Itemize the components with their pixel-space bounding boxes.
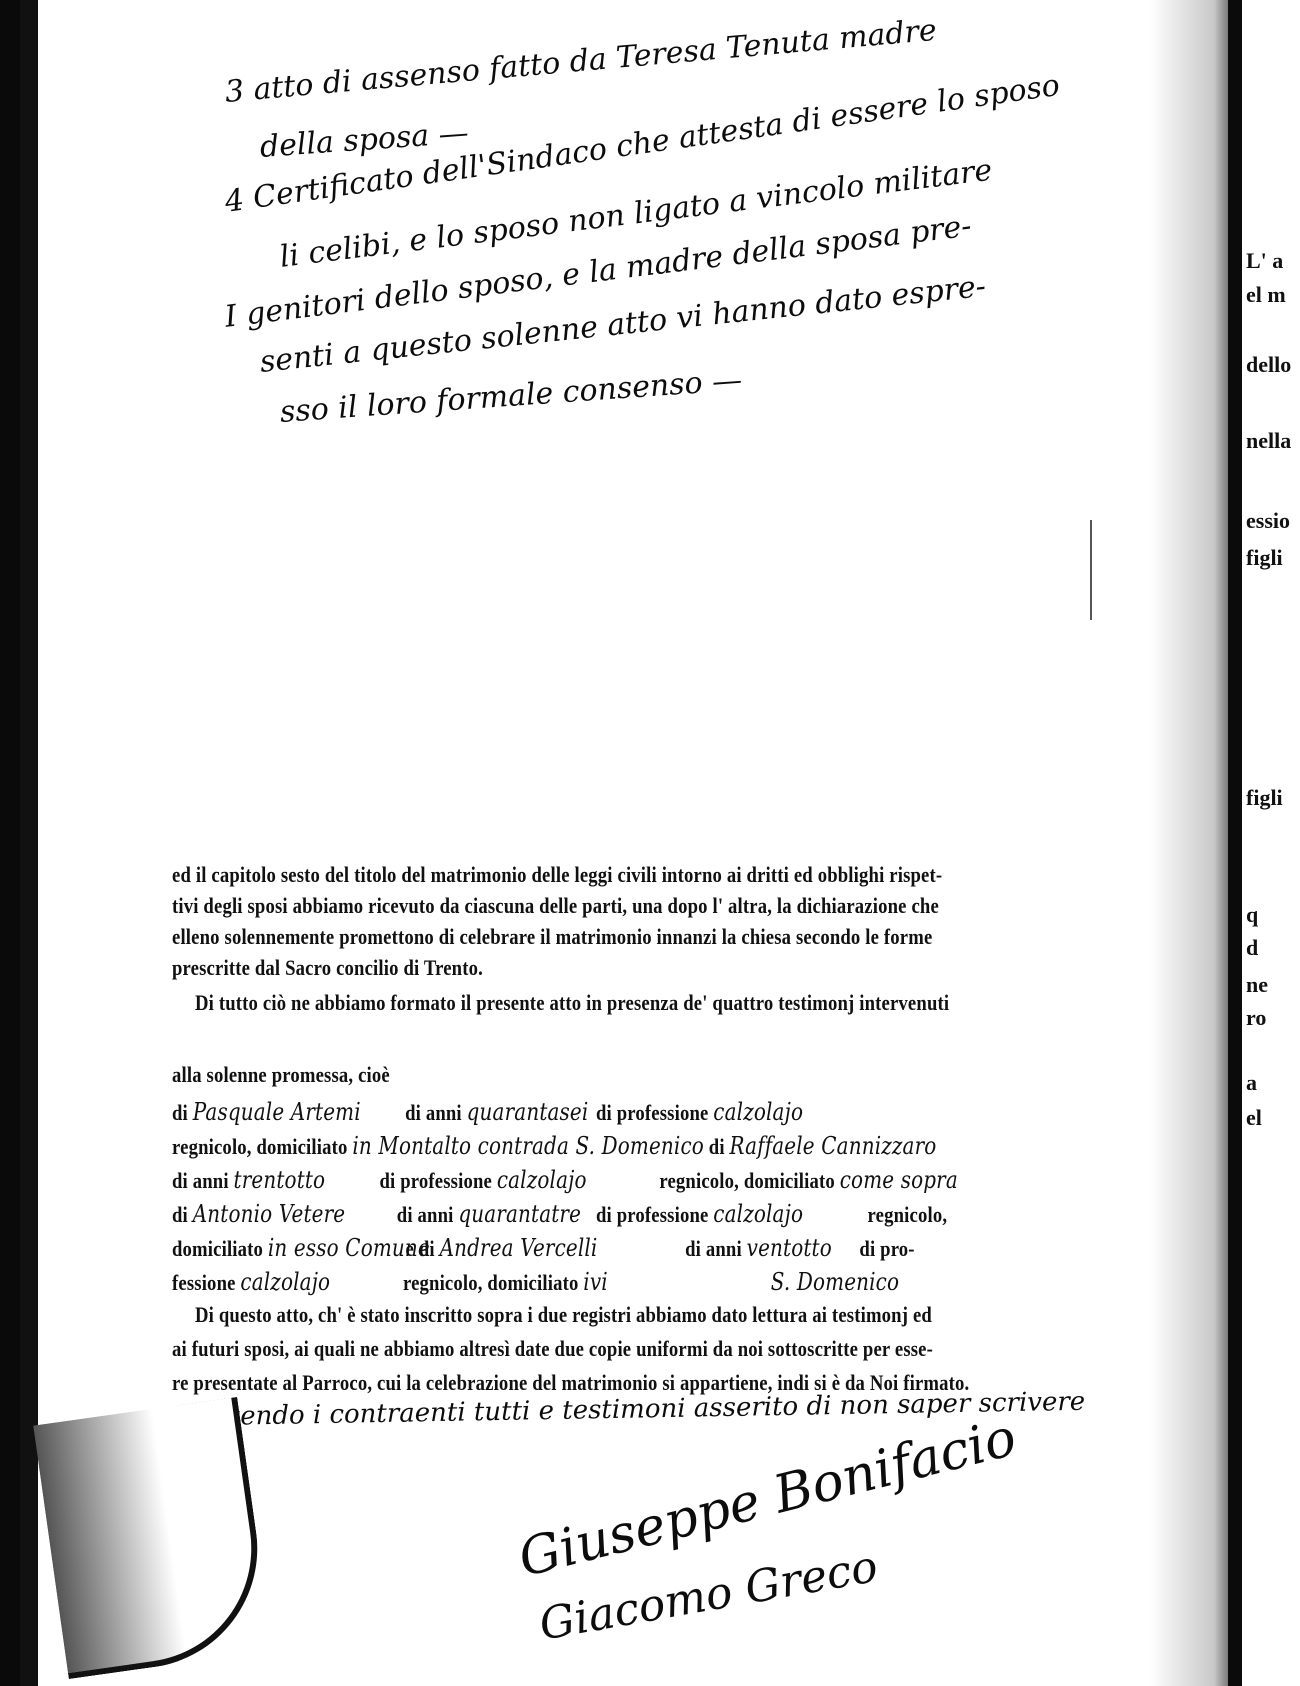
- label: di professione: [596, 1202, 708, 1227]
- witness-profession: calzolajo: [713, 1098, 803, 1126]
- book-spine: [1228, 0, 1242, 1686]
- label: e di: [406, 1236, 435, 1261]
- witness-age: quarantasei: [467, 1098, 592, 1126]
- witness-line: regnicolo, domiciliato in Montalto contr…: [172, 1132, 1060, 1160]
- margin-mark: [1090, 520, 1092, 620]
- label: di: [172, 1100, 188, 1125]
- label: di professione: [379, 1168, 491, 1193]
- spine-shadow: [1150, 0, 1230, 1686]
- witness-age: quarantatre: [458, 1200, 591, 1228]
- witness-age: trentotto: [234, 1166, 375, 1194]
- witness-extra: S. Domenico: [771, 1268, 899, 1296]
- printed-line: tivi degli sposi abbiamo ricevuto da cia…: [172, 893, 1060, 919]
- printed-line: ai futuri sposi, ai quali ne abbiamo alt…: [172, 1336, 1060, 1362]
- label: di pro-: [859, 1236, 914, 1261]
- witness-profession: calzolajo: [497, 1166, 655, 1194]
- witness-line: fessione calzolajo regnicolo, domiciliat…: [172, 1268, 1060, 1296]
- printed-line: ed il capitolo sesto del titolo del matr…: [172, 862, 1060, 888]
- adjacent-page-edge: L' a el m dello nella essio figli figli …: [1242, 0, 1300, 1686]
- witness-name: Antonio Vetere: [193, 1200, 392, 1228]
- label: di professione: [596, 1100, 708, 1125]
- adjacent-text: q: [1246, 902, 1258, 928]
- label: di anni: [405, 1100, 462, 1125]
- label: di anni: [397, 1202, 454, 1227]
- witness-domicile: come sopra: [840, 1166, 958, 1194]
- adjacent-text: a: [1246, 1070, 1257, 1096]
- adjacent-text: ne: [1246, 972, 1268, 998]
- witness-profession: calzolajo: [240, 1268, 398, 1296]
- witness-age: ventotto: [747, 1234, 855, 1262]
- label: di anni: [172, 1168, 229, 1193]
- adjacent-text: L' a: [1246, 248, 1283, 274]
- label: regnicolo,: [868, 1202, 948, 1227]
- adjacent-text: ro: [1246, 1005, 1266, 1031]
- witness-line: di Antonio Vetere di anni quarantatre di…: [172, 1200, 1060, 1228]
- witness-line: di anni trentotto di professione calzola…: [172, 1166, 1060, 1194]
- witness-line: domiciliato in esso Comune e di Andrea V…: [172, 1234, 1060, 1262]
- label: regnicolo, domiciliato: [659, 1168, 835, 1193]
- witness-domicile: in esso Comune: [268, 1234, 401, 1262]
- adjacent-text: el: [1246, 1105, 1262, 1131]
- witness-name: Andrea Vercelli: [440, 1234, 681, 1262]
- printed-line: Di tutto ciò ne abbiamo formato il prese…: [195, 990, 1083, 1016]
- witness-domicile: ivi: [583, 1268, 766, 1296]
- witness-domicile: in Montalto contrada S. Domenico: [352, 1132, 704, 1160]
- witness-line: di Pasquale Artemi di anni quarantasei d…: [172, 1098, 1060, 1126]
- witness-name: Raffaele Cannizzaro: [730, 1132, 937, 1160]
- adjacent-text: figli: [1246, 545, 1283, 571]
- label: regnicolo, domiciliato: [403, 1270, 579, 1295]
- printed-line: alla solenne promessa, cioè: [172, 1062, 1060, 1088]
- adjacent-text: dello: [1246, 352, 1291, 378]
- label: di: [709, 1134, 725, 1159]
- label: di: [172, 1202, 188, 1227]
- label: domiciliato: [172, 1236, 263, 1261]
- witness-profession: calzolajo: [713, 1200, 862, 1228]
- witness-name: Pasquale Artemi: [193, 1098, 401, 1126]
- label: di anni: [685, 1236, 742, 1261]
- adjacent-text: nella: [1246, 428, 1291, 454]
- adjacent-text: essio: [1246, 508, 1290, 534]
- printed-line: Di questo atto, ch' è stato inscritto so…: [195, 1302, 1083, 1328]
- adjacent-text: el m: [1246, 282, 1286, 308]
- printed-line: prescritte dal Sacro concilio di Trento.: [172, 955, 1060, 981]
- adjacent-text: d: [1246, 935, 1258, 961]
- label: fessione: [172, 1270, 236, 1295]
- adjacent-text: figli: [1246, 785, 1283, 811]
- label: regnicolo, domiciliato: [172, 1134, 348, 1159]
- printed-line: elleno solennemente promettono di celebr…: [172, 924, 1060, 950]
